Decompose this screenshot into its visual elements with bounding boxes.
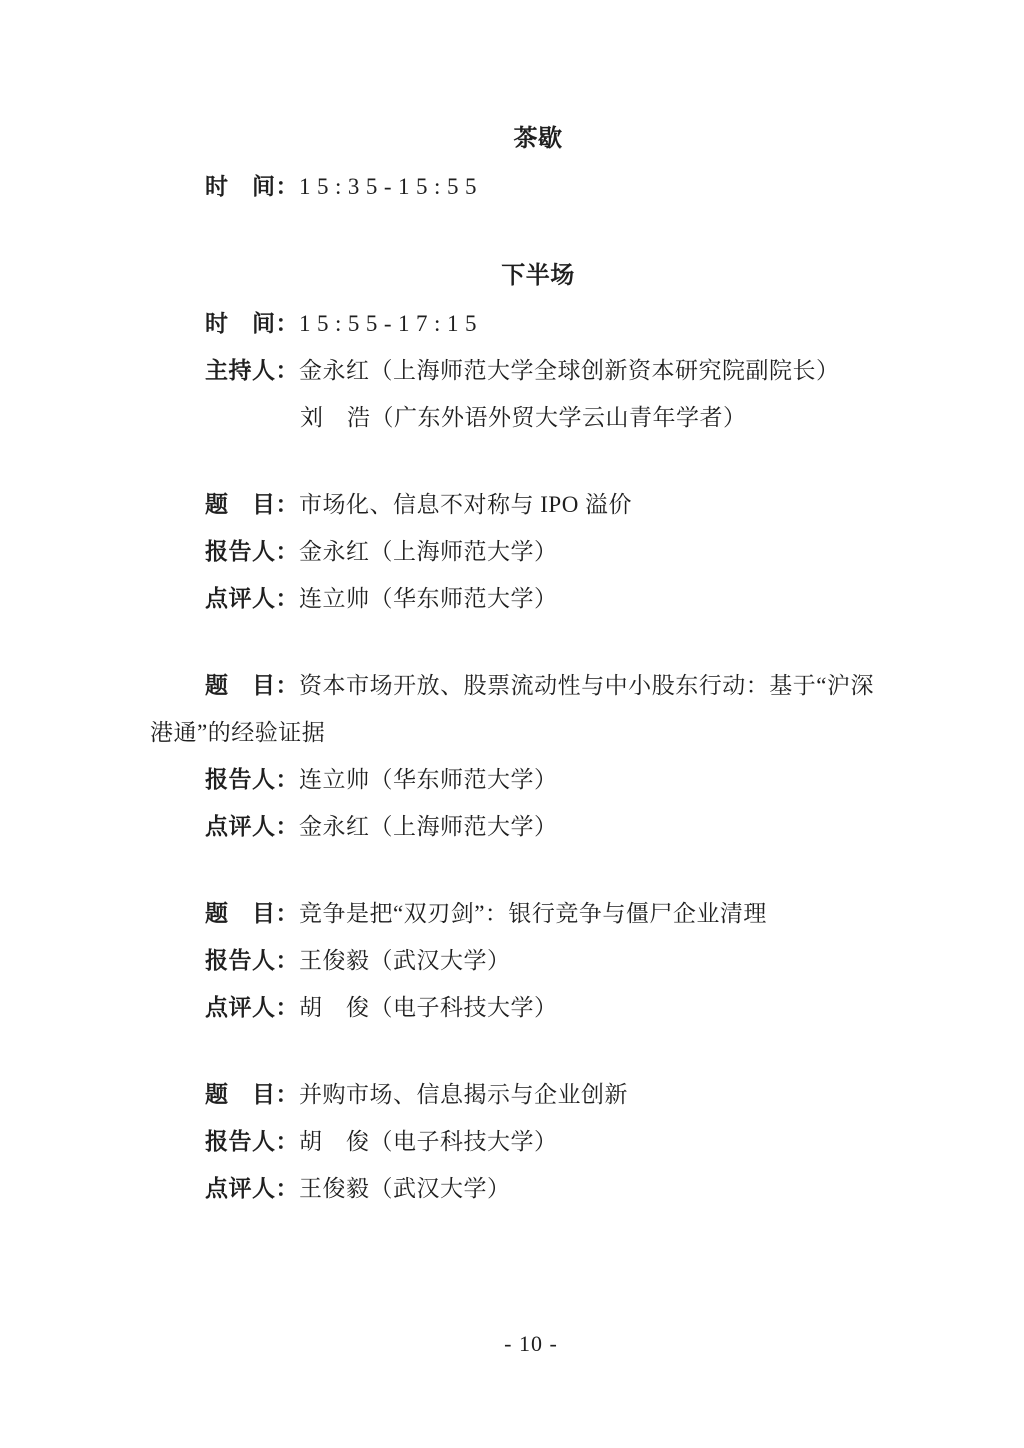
host-name-2: 刘 浩（广东外语外贸大学云山青年学者） xyxy=(300,405,747,430)
presentation-title: 竞争是把“双刃剑”：银行竞争与僵尸企业清理 xyxy=(299,901,767,926)
presenter-label: 报告人： xyxy=(205,1129,299,1154)
discussant-name: 王俊毅（武汉大学） xyxy=(299,1176,511,1201)
presentation-block-2: 题 目：资本市场开放、股票流动性与中小股东行动：基于“沪深港通”的经验证据 报告… xyxy=(150,662,874,850)
title-label: 题 目： xyxy=(205,1082,299,1107)
presenter-row: 报告人：金永红（上海师范大学） xyxy=(150,528,874,575)
title-label: 题 目： xyxy=(205,673,299,698)
presenter-row: 报告人：连立帅（华东师范大学） xyxy=(150,756,874,803)
presenter-label: 报告人： xyxy=(205,948,299,973)
time-label: 时 间： xyxy=(205,174,299,199)
discussant-label: 点评人： xyxy=(205,814,299,839)
title-label: 题 目： xyxy=(205,492,299,517)
title-row: 题 目：市场化、信息不对称与 IPO 溢价 xyxy=(150,481,874,528)
presentation-block-4: 题 目：并购市场、信息揭示与企业创新 报告人：胡 俊（电子科技大学） 点评人：王… xyxy=(150,1071,874,1212)
discussant-name: 胡 俊（电子科技大学） xyxy=(299,995,558,1020)
discussant-label: 点评人： xyxy=(205,995,299,1020)
presenter-name: 金永红（上海师范大学） xyxy=(299,539,558,564)
presentation-block-1: 题 目：市场化、信息不对称与 IPO 溢价 报告人：金永红（上海师范大学） 点评… xyxy=(150,481,874,622)
title-row: 题 目：资本市场开放、股票流动性与中小股东行动：基于“沪深港通”的经验证据 xyxy=(150,662,874,756)
presenter-name: 胡 俊（电子科技大学） xyxy=(299,1129,558,1154)
time-value: 15:55-17:15 xyxy=(299,311,483,336)
discussant-name: 金永红（上海师范大学） xyxy=(299,814,558,839)
discussant-name: 连立帅（华东师范大学） xyxy=(299,586,558,611)
presenter-name: 连立帅（华东师范大学） xyxy=(299,767,558,792)
host-label: 主持人： xyxy=(205,358,299,383)
second-half-time-row: 时 间：15:55-17:15 xyxy=(150,300,874,347)
title-label: 题 目： xyxy=(205,901,299,926)
presenter-label: 报告人： xyxy=(205,767,299,792)
presenter-row: 报告人：王俊毅（武汉大学） xyxy=(150,937,874,984)
time-label: 时 间： xyxy=(205,311,299,336)
discussant-row: 点评人：金永红（上海师范大学） xyxy=(150,803,874,850)
document-page: 茶歇 时 间：15:35-15:55 下半场 时 间：15:55-17:15 主… xyxy=(0,0,1024,1448)
time-value: 15:35-15:55 xyxy=(299,174,483,199)
second-half-heading: 下半场 xyxy=(150,253,874,300)
presenter-label: 报告人： xyxy=(205,539,299,564)
presentation-block-3: 题 目：竞争是把“双刃剑”：银行竞争与僵尸企业清理 报告人：王俊毅（武汉大学） … xyxy=(150,890,874,1031)
discussant-row: 点评人：王俊毅（武汉大学） xyxy=(150,1165,874,1212)
host-name-1: 金永红（上海师范大学全球创新资本研究院副院长） xyxy=(299,358,840,383)
discussant-row: 点评人：连立帅（华东师范大学） xyxy=(150,575,874,622)
discussant-row: 点评人：胡 俊（电子科技大学） xyxy=(150,984,874,1031)
agenda-content: 茶歇 时 间：15:35-15:55 下半场 时 间：15:55-17:15 主… xyxy=(150,116,874,1212)
title-row: 题 目：并购市场、信息揭示与企业创新 xyxy=(150,1071,874,1118)
presentation-title: 市场化、信息不对称与 IPO 溢价 xyxy=(299,492,632,517)
presentation-title: 并购市场、信息揭示与企业创新 xyxy=(299,1082,628,1107)
presenter-row: 报告人：胡 俊（电子科技大学） xyxy=(150,1118,874,1165)
tea-break-heading: 茶歇 xyxy=(150,116,874,163)
host-row-continuation: 刘 浩（广东外语外贸大学云山青年学者） xyxy=(150,394,874,441)
tea-break-time-row: 时 间：15:35-15:55 xyxy=(150,163,874,210)
presenter-name: 王俊毅（武汉大学） xyxy=(299,948,511,973)
page-number: - 10 - xyxy=(0,1328,1024,1360)
discussant-label: 点评人： xyxy=(205,586,299,611)
host-row: 主持人：金永红（上海师范大学全球创新资本研究院副院长） xyxy=(150,347,874,394)
discussant-label: 点评人： xyxy=(205,1176,299,1201)
title-row: 题 目：竞争是把“双刃剑”：银行竞争与僵尸企业清理 xyxy=(150,890,874,937)
